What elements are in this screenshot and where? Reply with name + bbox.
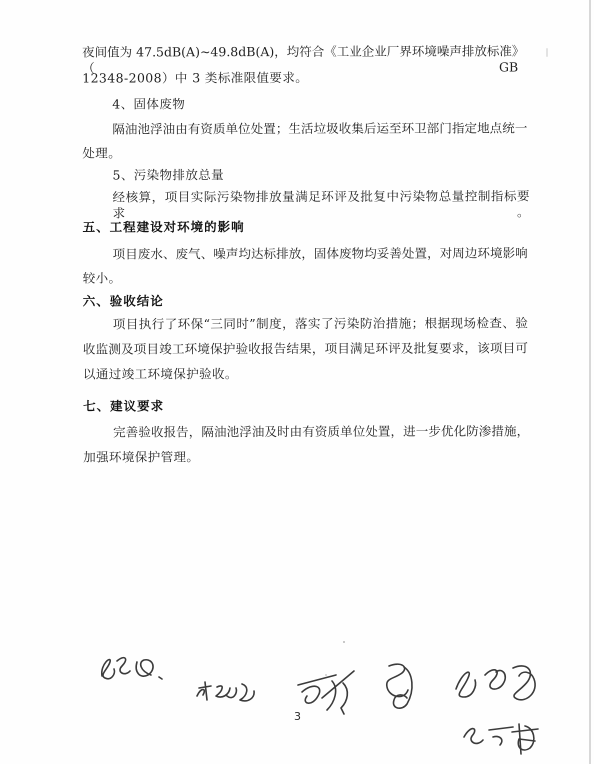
signature-round-scrawl — [374, 660, 422, 714]
text-line: 5、污染物排放总量 — [112, 167, 224, 183]
section-heading: 六、验收结论 — [83, 293, 164, 309]
text-line: 收监测及项目竣工环境保护验收报告结果，项目满足环评及批复要求，该项目可 — [83, 340, 528, 357]
scan-speck — [325, 674, 327, 676]
scan-speck — [343, 641, 345, 643]
scan-edge-line — [589, 0, 591, 764]
document-text-block: 夜间值为 47.5dB(A)~49.8dB(A)，均符合《工业企业厂界环境噪声排… — [0, 0, 594, 764]
signature-xue — [294, 666, 362, 718]
signature-zhang — [96, 650, 168, 690]
text-line: 隔油池浮油由有资质单位处置；生活垃圾收集后运至环卫部门指定地点统一 — [112, 120, 527, 137]
text-line: 较小。 — [83, 270, 122, 286]
scan-speck — [546, 48, 548, 57]
text-line: 4、固体废物 — [112, 96, 185, 112]
text-line: 处理。 — [82, 145, 121, 161]
text-line: 12348-2008）中 3 类标准限值要求。 — [82, 70, 308, 87]
text-line: 加强环境保护管理。 — [83, 449, 199, 465]
text-line: 完善验收报告，隔油池浮油及时由有资质单位处置，进一步优化防渗措施， — [113, 423, 529, 440]
signature-he — [458, 716, 552, 764]
section-heading: 七、建议要求 — [83, 398, 164, 414]
text-line: 以通过竣工环境保护验收。 — [83, 366, 238, 382]
scanned-document-page: 夜间值为 47.5dB(A)~49.8dB(A)，均符合《工业企业厂界环境噪声排… — [0, 0, 594, 764]
text-line: 项目废水、废气、噪声均达标排放，固体废物均妥善处置，对周边环境影响 — [113, 245, 528, 262]
section-heading: 五、工程建设对环境的影响 — [83, 219, 245, 235]
text-line: 经核算，项目实际污染物排放量满足环评及批复中污染物总量控制指标要求。 — [112, 188, 529, 221]
text-line: 项目执行了环保“三同时”制度，落实了污染防治措施；根据现场检查、验 — [113, 315, 528, 332]
signature-zhao — [448, 658, 546, 714]
signature-han — [192, 678, 258, 708]
